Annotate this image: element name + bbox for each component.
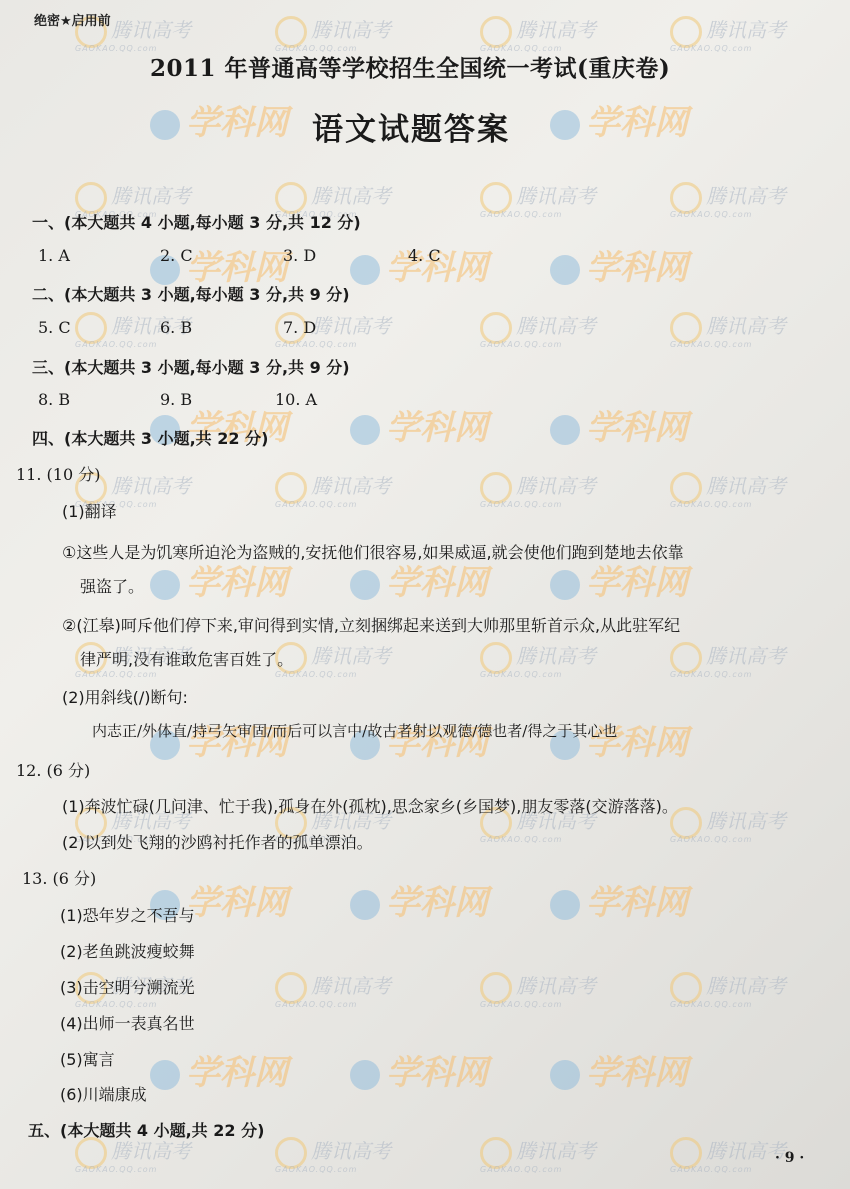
watermark-tencent: 腾讯高考GAOKAO.QQ.com — [670, 1135, 786, 1174]
tencent-logo-icon — [670, 972, 702, 1004]
watermark-text: 腾讯高考 — [516, 18, 596, 42]
watermark-url: GAOKAO.QQ.com — [75, 1165, 191, 1174]
watermark-text: 腾讯高考 — [311, 974, 391, 998]
answer-item: 6. B — [160, 318, 192, 337]
question-13-label: 13. (6 分) — [22, 866, 96, 889]
section-heading-3: 三、(本大题共 3 小题,每小题 3 分,共 9 分) — [32, 355, 350, 378]
tencent-logo-icon — [275, 182, 307, 214]
watermark-text: 腾讯高考 — [111, 184, 191, 208]
section-heading-5: 五、(本大题共 4 小题,共 22 分) — [28, 1118, 264, 1141]
watermark-text: 学科网 — [386, 883, 488, 923]
tencent-logo-icon — [480, 1137, 512, 1169]
watermark-text: 学科网 — [386, 1053, 488, 1093]
page-number: · 9 · — [775, 1150, 804, 1166]
confidential-stamp: 绝密★启用前 — [34, 10, 111, 29]
q12-answer-2: (2)以到处飞翔的沙鸥衬托作者的孤单漂泊。 — [62, 830, 373, 853]
question-11-label: 11. (10 分) — [16, 462, 100, 485]
q11-translation-2-cont: 律严明,没有谁敢危害百姓了。 — [80, 647, 293, 670]
watermark-tencent: 腾讯高考GAOKAO.QQ.com — [275, 470, 391, 509]
watermark-url: GAOKAO.QQ.com — [480, 210, 596, 219]
mascot-icon — [550, 890, 580, 920]
watermark-url: GAOKAO.QQ.com — [480, 340, 596, 349]
watermark-tencent: 腾讯高考GAOKAO.QQ.com — [275, 1135, 391, 1174]
watermark-xueke: 学科网 — [550, 400, 688, 449]
watermark-url: GAOKAO.QQ.com — [480, 835, 596, 844]
mascot-icon — [550, 570, 580, 600]
q11-translation-1-cont: 强盗了。 — [80, 574, 144, 597]
watermark-url: GAOKAO.QQ.com — [275, 1000, 391, 1009]
mascot-icon — [350, 255, 380, 285]
answer-item: 3. D — [283, 246, 316, 265]
tencent-logo-icon — [480, 642, 512, 674]
exam-title: 2011 年普通高等学校招生全国统一考试(重庆卷) — [150, 50, 670, 83]
watermark-tencent: 腾讯高考GAOKAO.QQ.com — [670, 805, 786, 844]
watermark-text: 学科网 — [186, 1053, 288, 1093]
watermark-text: 腾讯高考 — [311, 184, 391, 208]
answer-item: 2. C — [160, 246, 193, 265]
watermark-text: 腾讯高考 — [516, 314, 596, 338]
tencent-logo-icon — [670, 642, 702, 674]
watermark-tencent: 腾讯高考GAOKAO.QQ.com — [670, 640, 786, 679]
watermark-text: 腾讯高考 — [516, 644, 596, 668]
watermark-tencent: 腾讯高考GAOKAO.QQ.com — [480, 1135, 596, 1174]
watermark-url: GAOKAO.QQ.com — [275, 670, 391, 679]
watermark-tencent: 腾讯高考GAOKAO.QQ.com — [670, 14, 786, 53]
watermark-text: 学科网 — [386, 563, 488, 603]
answer-item: 7. D — [283, 318, 316, 337]
q11-part1-label: (1)翻译 — [62, 499, 117, 522]
watermark-text: 腾讯高考 — [516, 474, 596, 498]
watermark-tencent: 腾讯高考GAOKAO.QQ.com — [480, 310, 596, 349]
answer-item: 5. C — [38, 318, 71, 337]
watermark-text: 学科网 — [586, 883, 688, 923]
tencent-logo-icon — [275, 972, 307, 1004]
watermark-text: 腾讯高考 — [706, 644, 786, 668]
mascot-icon — [350, 415, 380, 445]
answer-item: 1. A — [38, 246, 70, 265]
watermark-text: 学科网 — [586, 103, 688, 143]
watermark-url: GAOKAO.QQ.com — [275, 340, 391, 349]
tencent-logo-icon — [75, 1137, 107, 1169]
q13-item: (1)恐年岁之不吾与 — [60, 903, 195, 926]
watermark-xueke: 学科网 — [150, 95, 288, 144]
watermark-url: GAOKAO.QQ.com — [670, 1000, 786, 1009]
watermark-url: GAOKAO.QQ.com — [670, 340, 786, 349]
tencent-logo-icon — [480, 472, 512, 504]
section-heading-2: 二、(本大题共 3 小题,每小题 3 分,共 9 分) — [32, 282, 350, 305]
watermark-xueke: 学科网 — [550, 95, 688, 144]
watermark-url: GAOKAO.QQ.com — [670, 835, 786, 844]
watermark-text: 学科网 — [586, 1053, 688, 1093]
watermark-xueke: 学科网 — [550, 240, 688, 289]
watermark-tencent: 腾讯高考GAOKAO.QQ.com — [480, 640, 596, 679]
tencent-logo-icon — [480, 312, 512, 344]
watermark-url: GAOKAO.QQ.com — [480, 1000, 596, 1009]
watermark-xueke: 学科网 — [350, 400, 488, 449]
watermark-url: GAOKAO.QQ.com — [480, 1165, 596, 1174]
q13-item: (5)寓言 — [60, 1047, 115, 1070]
watermark-text: 腾讯高考 — [516, 974, 596, 998]
q11-part2-label: (2)用斜线(/)断句: — [62, 685, 188, 708]
watermark-text: 腾讯高考 — [706, 974, 786, 998]
mascot-icon — [350, 1060, 380, 1090]
exam-answer-page: 腾讯高考GAOKAO.QQ.com 腾讯高考GAOKAO.QQ.com 腾讯高考… — [0, 0, 850, 1189]
q12-answer-1: (1)奔波忙碌(几问津、忙于我),孤身在外(孤枕),思念家乡(乡国梦),朋友零落… — [62, 794, 678, 817]
answer-item: 10. A — [275, 390, 317, 409]
watermark-xueke: 学科网 — [350, 1045, 488, 1094]
watermark-url: GAOKAO.QQ.com — [480, 500, 596, 509]
watermark-tencent: 腾讯高考GAOKAO.QQ.com — [480, 970, 596, 1009]
q13-item: (6)川端康成 — [60, 1082, 147, 1105]
watermark-text: 腾讯高考 — [706, 18, 786, 42]
tencent-logo-icon — [275, 472, 307, 504]
watermark-text: 腾讯高考 — [706, 184, 786, 208]
watermark-url: GAOKAO.QQ.com — [670, 1165, 786, 1174]
watermark-text: 腾讯高考 — [516, 1139, 596, 1163]
answer-item: 4. C — [408, 246, 441, 265]
q13-item: (4)出师一表真名世 — [60, 1011, 195, 1034]
mascot-icon — [550, 110, 580, 140]
watermark-text: 学科网 — [586, 248, 688, 288]
watermark-tencent: 腾讯高考GAOKAO.QQ.com — [275, 970, 391, 1009]
watermark-text: 腾讯高考 — [706, 809, 786, 833]
page-title: 语文试题答案 — [312, 104, 510, 149]
watermark-url: GAOKAO.QQ.com — [670, 500, 786, 509]
q13-item: (3)击空明兮溯流光 — [60, 975, 195, 998]
watermark-text: 学科网 — [186, 563, 288, 603]
watermark-text: 学科网 — [586, 408, 688, 448]
watermark-tencent: 腾讯高考GAOKAO.QQ.com — [275, 14, 391, 53]
watermark-url: GAOKAO.QQ.com — [75, 1000, 191, 1009]
watermark-xueke: 学科网 — [150, 1045, 288, 1094]
watermark-tencent: 腾讯高考GAOKAO.QQ.com — [670, 310, 786, 349]
section-heading-1: 一、(本大题共 4 小题,每小题 3 分,共 12 分) — [32, 210, 361, 233]
watermark-xueke: 学科网 — [350, 875, 488, 924]
watermark-text: 腾讯高考 — [311, 474, 391, 498]
watermark-text: 腾讯高考 — [311, 1139, 391, 1163]
watermark-text: 腾讯高考 — [111, 18, 191, 42]
answer-item: 8. B — [38, 390, 70, 409]
watermark-url: GAOKAO.QQ.com — [75, 670, 191, 679]
tencent-logo-icon — [670, 1137, 702, 1169]
watermark-text: 腾讯高考 — [706, 474, 786, 498]
watermark-text: 腾讯高考 — [706, 314, 786, 338]
watermark-url: GAOKAO.QQ.com — [670, 210, 786, 219]
mascot-icon — [550, 415, 580, 445]
q11-translation-1: ①这些人是为饥寒所迫沦为盗贼的,安抚他们很容易,如果威逼,就会使他们跑到楚地去依… — [62, 540, 684, 563]
watermark-text: 学科网 — [186, 883, 288, 923]
mascot-icon — [550, 255, 580, 285]
watermark-text: 腾讯高考 — [311, 18, 391, 42]
mascot-icon — [350, 570, 380, 600]
watermark-text: 腾讯高考 — [111, 474, 191, 498]
tencent-logo-icon — [480, 182, 512, 214]
watermark-url: GAOKAO.QQ.com — [75, 340, 191, 349]
watermark-text: 腾讯高考 — [111, 1139, 191, 1163]
watermark-text: 学科网 — [386, 408, 488, 448]
tencent-logo-icon — [275, 1137, 307, 1169]
watermark-xueke: 学科网 — [550, 1045, 688, 1094]
tencent-logo-icon — [480, 972, 512, 1004]
mascot-icon — [350, 890, 380, 920]
mascot-icon — [550, 1060, 580, 1090]
watermark-text: 学科网 — [586, 563, 688, 603]
tencent-logo-icon — [75, 182, 107, 214]
tencent-logo-icon — [670, 472, 702, 504]
tencent-logo-icon — [670, 182, 702, 214]
watermark-url: GAOKAO.QQ.com — [670, 44, 786, 53]
watermark-tencent: 腾讯高考GAOKAO.QQ.com — [480, 14, 596, 53]
watermark-url: GAOKAO.QQ.com — [275, 500, 391, 509]
watermark-xueke: 学科网 — [550, 875, 688, 924]
tencent-logo-icon — [480, 16, 512, 48]
tencent-logo-icon — [275, 16, 307, 48]
q11-punctuation-answer: 内志正/外体直/持弓矢审固/而后可以言中/故古者射以观德/德也者/得之于其心也 — [92, 720, 617, 741]
watermark-text: 腾讯高考 — [311, 314, 391, 338]
watermark-url: GAOKAO.QQ.com — [275, 1165, 391, 1174]
mascot-icon — [150, 570, 180, 600]
q13-item: (2)老鱼跳波瘦蛟舞 — [60, 939, 195, 962]
watermark-text: 腾讯高考 — [516, 184, 596, 208]
watermark-url: GAOKAO.QQ.com — [670, 670, 786, 679]
q11-translation-2: ②(江皋)呵斥他们停下来,审问得到实情,立刻捆绑起来送到大帅那里斩首示众,从此驻… — [62, 613, 680, 636]
tencent-logo-icon — [670, 312, 702, 344]
question-12-label: 12. (6 分) — [16, 758, 90, 781]
mascot-icon — [150, 110, 180, 140]
watermark-tencent: 腾讯高考GAOKAO.QQ.com — [670, 970, 786, 1009]
watermark-tencent: 腾讯高考GAOKAO.QQ.com — [480, 180, 596, 219]
watermark-text: 腾讯高考 — [311, 644, 391, 668]
watermark-url: GAOKAO.QQ.com — [480, 670, 596, 679]
watermark-tencent: 腾讯高考GAOKAO.QQ.com — [480, 470, 596, 509]
watermark-tencent: 腾讯高考GAOKAO.QQ.com — [670, 180, 786, 219]
answer-item: 9. B — [160, 390, 192, 409]
tencent-logo-icon — [670, 16, 702, 48]
watermark-text: 学科网 — [186, 103, 288, 143]
watermark-tencent: 腾讯高考GAOKAO.QQ.com — [670, 470, 786, 509]
section-heading-4: 四、(本大题共 3 小题,共 22 分) — [32, 426, 268, 449]
mascot-icon — [150, 1060, 180, 1090]
watermark-text: 腾讯高考 — [706, 1139, 786, 1163]
tencent-logo-icon — [75, 312, 107, 344]
